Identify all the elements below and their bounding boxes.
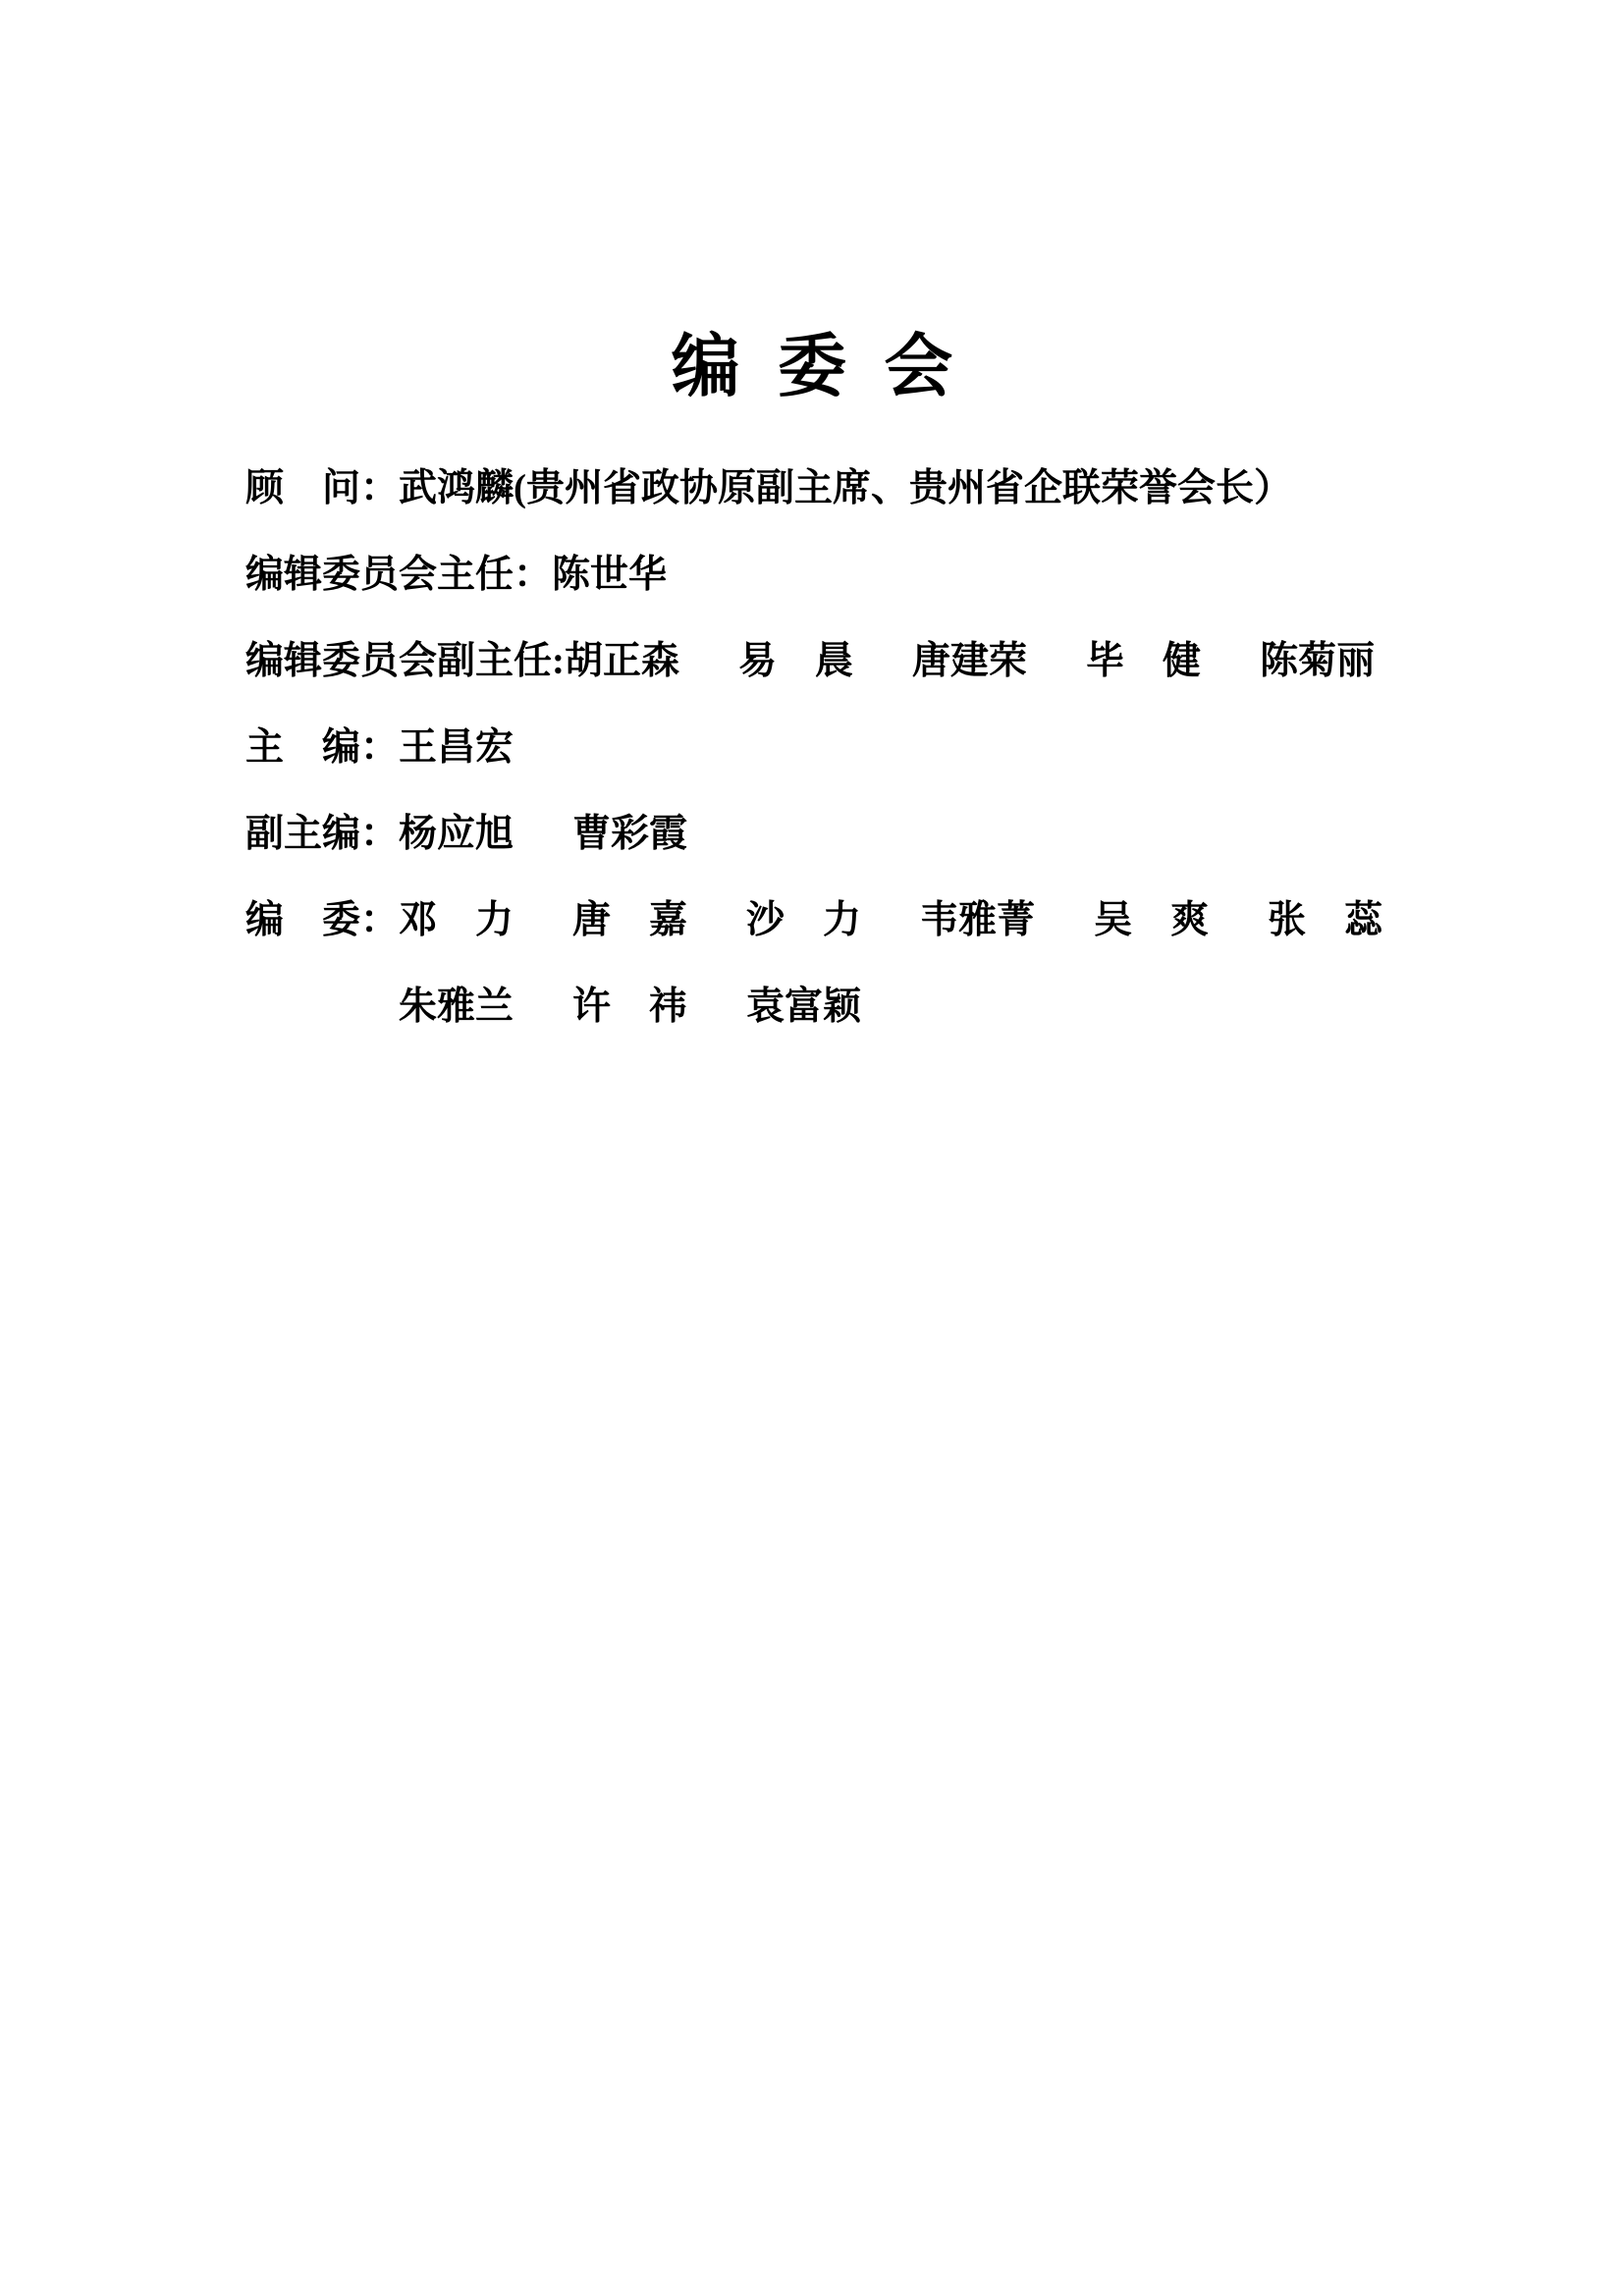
- member-name: 韦雅菁: [920, 901, 1035, 939]
- member-name: 王昌宏: [399, 728, 514, 767]
- role-label: 编辑委员会副主任:: [245, 642, 565, 680]
- committee-line-director: 编辑委员会主任： 陈世华: [245, 556, 1506, 594]
- name-group: 王昌宏: [399, 728, 514, 767]
- member-name: 毕 健: [1086, 642, 1201, 680]
- member-name: 沙 力: [746, 901, 861, 939]
- member-name: 邓 力: [399, 901, 514, 939]
- committee-line-chief-editor: 主 编： 王昌宏: [245, 728, 1506, 767]
- committee-line-deputy-directors: 编辑委员会副主任: 胡正森 易 晨 唐建荣 毕 健 陈菊丽: [245, 642, 1506, 680]
- member-name: 杨应旭: [399, 815, 514, 853]
- member-name: 陈菊丽: [1260, 642, 1375, 680]
- member-name: 陈世华: [552, 556, 667, 594]
- name-group: 朱雅兰 许 祎 袁富颖: [399, 988, 861, 1026]
- member-name: 武鸿麟(贵州省政协原副主席、贵州省企联荣誉会长）: [399, 469, 1292, 507]
- role-label: 主 编：: [245, 728, 399, 767]
- member-name: 胡正森: [565, 642, 679, 680]
- member-name: 易 晨: [738, 642, 853, 680]
- editorial-board-list: 顾 问： 武鸿麟(贵州省政协原副主席、贵州省企联荣誉会长） 编辑委员会主任： 陈…: [245, 469, 1506, 1026]
- role-label: 顾 问：: [245, 469, 399, 507]
- committee-line-members-continued: 朱雅兰 许 祎 袁富颖: [245, 988, 1506, 1026]
- role-label: 编 委：: [245, 901, 399, 939]
- role-label: 副主编：: [245, 815, 399, 853]
- member-name: 唐 嘉: [572, 901, 687, 939]
- name-group: 邓 力 唐 嘉 沙 力 韦雅菁 吴 爽 张 蕊: [399, 901, 1382, 939]
- name-group: 陈世华: [552, 556, 667, 594]
- name-group: 胡正森 易 晨 唐建荣 毕 健 陈菊丽: [565, 642, 1375, 680]
- member-name: 朱雅兰: [399, 988, 514, 1026]
- name-group: 杨应旭 曹彩霞: [399, 815, 687, 853]
- member-name: 吴 爽: [1094, 901, 1209, 939]
- member-name: 许 祎: [572, 988, 687, 1026]
- name-group: 武鸿麟(贵州省政协原副主席、贵州省企联荣誉会长）: [399, 469, 1292, 507]
- page-title: 编 委 会: [0, 329, 1624, 403]
- document-page: 编 委 会 顾 问： 武鸿麟(贵州省政协原副主席、贵州省企联荣誉会长） 编辑委员…: [0, 0, 1624, 2296]
- member-name: 袁富颖: [746, 988, 861, 1026]
- committee-line-deputy-editors: 副主编： 杨应旭 曹彩霞: [245, 815, 1506, 853]
- member-name: 张 蕊: [1268, 901, 1382, 939]
- committee-line-advisor: 顾 问： 武鸿麟(贵州省政协原副主席、贵州省企联荣誉会长）: [245, 469, 1506, 507]
- committee-line-members: 编 委： 邓 力 唐 嘉 沙 力 韦雅菁 吴 爽 张 蕊: [245, 901, 1506, 939]
- member-name: 唐建荣: [912, 642, 1027, 680]
- member-name: 曹彩霞: [572, 815, 687, 853]
- role-label: 编辑委员会主任：: [245, 556, 552, 594]
